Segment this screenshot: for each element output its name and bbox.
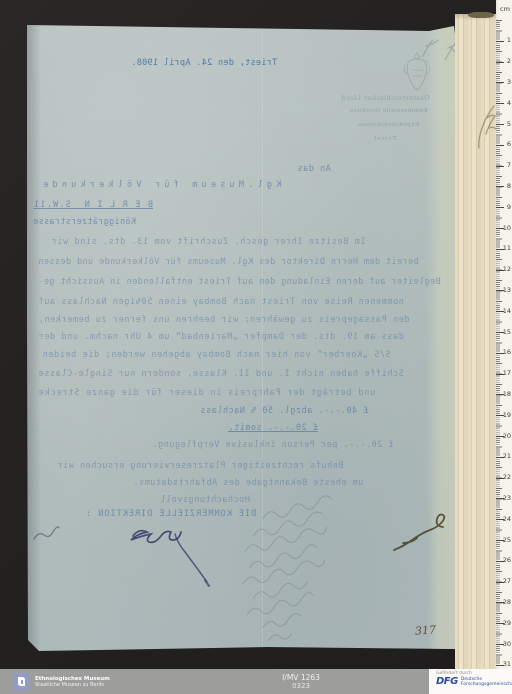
ruler-cm-number: 25 — [503, 537, 511, 544]
scan-identifier: I/MV 1263 0323 — [173, 673, 429, 690]
ruler-cm-number: 30 — [503, 641, 511, 648]
dfg-logo: DFG — [436, 677, 458, 687]
ruler-cm-number: 13 — [503, 287, 511, 294]
ruler-cm-number: 1 — [507, 37, 511, 44]
typed-line: Kommerzielle Direktion — [349, 108, 428, 114]
ruler-cm-number: 12 — [503, 266, 511, 273]
ruler-cm-number: 16 — [503, 349, 511, 356]
folio-number: 317 — [415, 623, 437, 637]
typed-line: den Passagepreis zu gewähren; wir beehre… — [38, 315, 410, 325]
ruler-cm-number: 6 — [507, 141, 511, 148]
ruler-cm-number: 3 — [507, 79, 511, 86]
typed-line: um eheste Bekanntgabe des Abfahrtsdatums… — [133, 478, 363, 488]
ruler-cm-tick — [496, 62, 504, 63]
ruler-cm-number: 18 — [503, 391, 511, 398]
typed-line: B E R L I N S.W.11 — [33, 200, 153, 210]
ruler-cm-number: 10 — [503, 225, 511, 232]
typed-line: S/S „Koerber“ von hier nach Bombay abgeh… — [42, 350, 391, 360]
ruler-cm-tick — [496, 207, 504, 208]
ruler-cm-tick — [496, 103, 504, 104]
scanned-photo-area: Triest, den 24. April 1908.Oesterreichis… — [0, 0, 512, 669]
ruler-cm-number: 15 — [503, 329, 511, 336]
funding-block: Gefördert durch DFG Deutsche Forschungsg… — [429, 669, 512, 694]
typed-line: Schiffe haben nicht I. und II. Klasse, s… — [38, 369, 404, 379]
ruler-cm-number: 17 — [503, 370, 511, 377]
museum-logo-icon — [16, 676, 27, 687]
ruler-cm-tick — [496, 145, 504, 146]
ruler-cm-tick — [496, 166, 504, 167]
dfg-org-line2: Forschungsgemeinschaft — [461, 682, 512, 687]
museum-subtitle: Staatliche Museen zu Berlin — [35, 682, 110, 688]
margin-scribble-right — [390, 512, 454, 558]
ruler-cm-number: 21 — [503, 453, 511, 460]
typed-line: bereit dem Herrn Direktor des Kgl. Museu… — [38, 257, 419, 267]
typed-line: nommenen Reise von Triest nach Bombay ei… — [38, 297, 404, 307]
ruler-halfcm-ticks — [496, 20, 502, 666]
ruler-cm-number: 20 — [503, 433, 511, 440]
ruler-cm-number: 31 — [503, 661, 511, 668]
ruler-cm-tick — [496, 124, 504, 125]
ruler-cm-number: 26 — [503, 557, 511, 564]
typed-line: Triest, den 24. April 1908. — [131, 58, 277, 68]
typed-line: Kgl.Museum für Völkerkunde — [39, 180, 281, 190]
dfg-org-name: Deutsche Forschungsgemeinschaft — [461, 677, 512, 687]
ruler-cm-number: 11 — [503, 245, 511, 252]
cm-ruler: cm 1234567891011121314151617181920212223… — [496, 0, 512, 669]
ruler-cm-number: 27 — [503, 578, 511, 585]
shelfmark: I/MV 1263 — [173, 673, 429, 682]
typed-line: Im Besitze Ihrer gesch. Zuschrift vom 13… — [51, 237, 365, 247]
signature-ink-flourish — [123, 520, 238, 590]
footer-bar: Ethnologisches Museum Staatliche Museen … — [0, 669, 512, 694]
ruler-cm-number: 2 — [507, 58, 511, 65]
typed-line: £ 20.-.-. somit. — [228, 423, 318, 433]
ruler-cm-number: 9 — [507, 204, 511, 211]
ruler-cm-number: 23 — [503, 495, 511, 502]
typed-line: Expeditionsbureau — [357, 122, 419, 128]
ruler-cm-number: 24 — [503, 516, 511, 523]
ruler-cm-tick — [496, 82, 504, 83]
ruler-cm-number: 4 — [507, 100, 511, 107]
ruler-cm-number: 29 — [503, 620, 511, 627]
museum-branding: Ethnologisches Museum Staatliche Museen … — [0, 673, 173, 690]
typed-line: £ 40.-.-. abzgl. 50 % Nachlass — [200, 406, 369, 416]
ruler-cm-number: 28 — [503, 599, 511, 606]
typed-line: Triest — [373, 136, 396, 142]
typed-line: £ 20.-.-. per Person inklusive Verpflegu… — [152, 440, 394, 450]
museum-logo — [13, 673, 30, 690]
book-edge-cap — [468, 12, 494, 18]
ruler-cm-number: 7 — [507, 162, 511, 169]
margin-mark-left — [31, 525, 61, 547]
ruler-cm-number: 14 — [503, 308, 511, 315]
verso-handwriting-block — [222, 494, 372, 659]
ruler-cm-tick — [496, 41, 504, 42]
ruler-cm-number: 8 — [507, 183, 511, 190]
ruler-cm-tick — [496, 186, 504, 187]
typed-line: Königgrätzerstrasse — [33, 217, 136, 227]
ruler-cm-number: 19 — [503, 412, 511, 419]
typed-line: Begleiter auf deren Einladung den auf Tr… — [38, 277, 441, 287]
ruler-unit-label: cm — [500, 5, 510, 13]
ruler-cm-number: 5 — [507, 121, 511, 128]
letter-page: Triest, den 24. April 1908.Oesterreichis… — [27, 22, 458, 652]
typed-line: und beträgt der Fahrpreis in dieser für … — [38, 388, 375, 398]
typed-line: dass am 19. dts. der Dampfer „Marienbad“… — [38, 332, 404, 342]
ruler-cm-number: 22 — [503, 474, 511, 481]
typed-line: Behufs rechtzeitiger Platzreservierung e… — [57, 461, 344, 471]
typed-line: An das — [297, 164, 331, 174]
scan-number: 0323 — [173, 682, 429, 690]
